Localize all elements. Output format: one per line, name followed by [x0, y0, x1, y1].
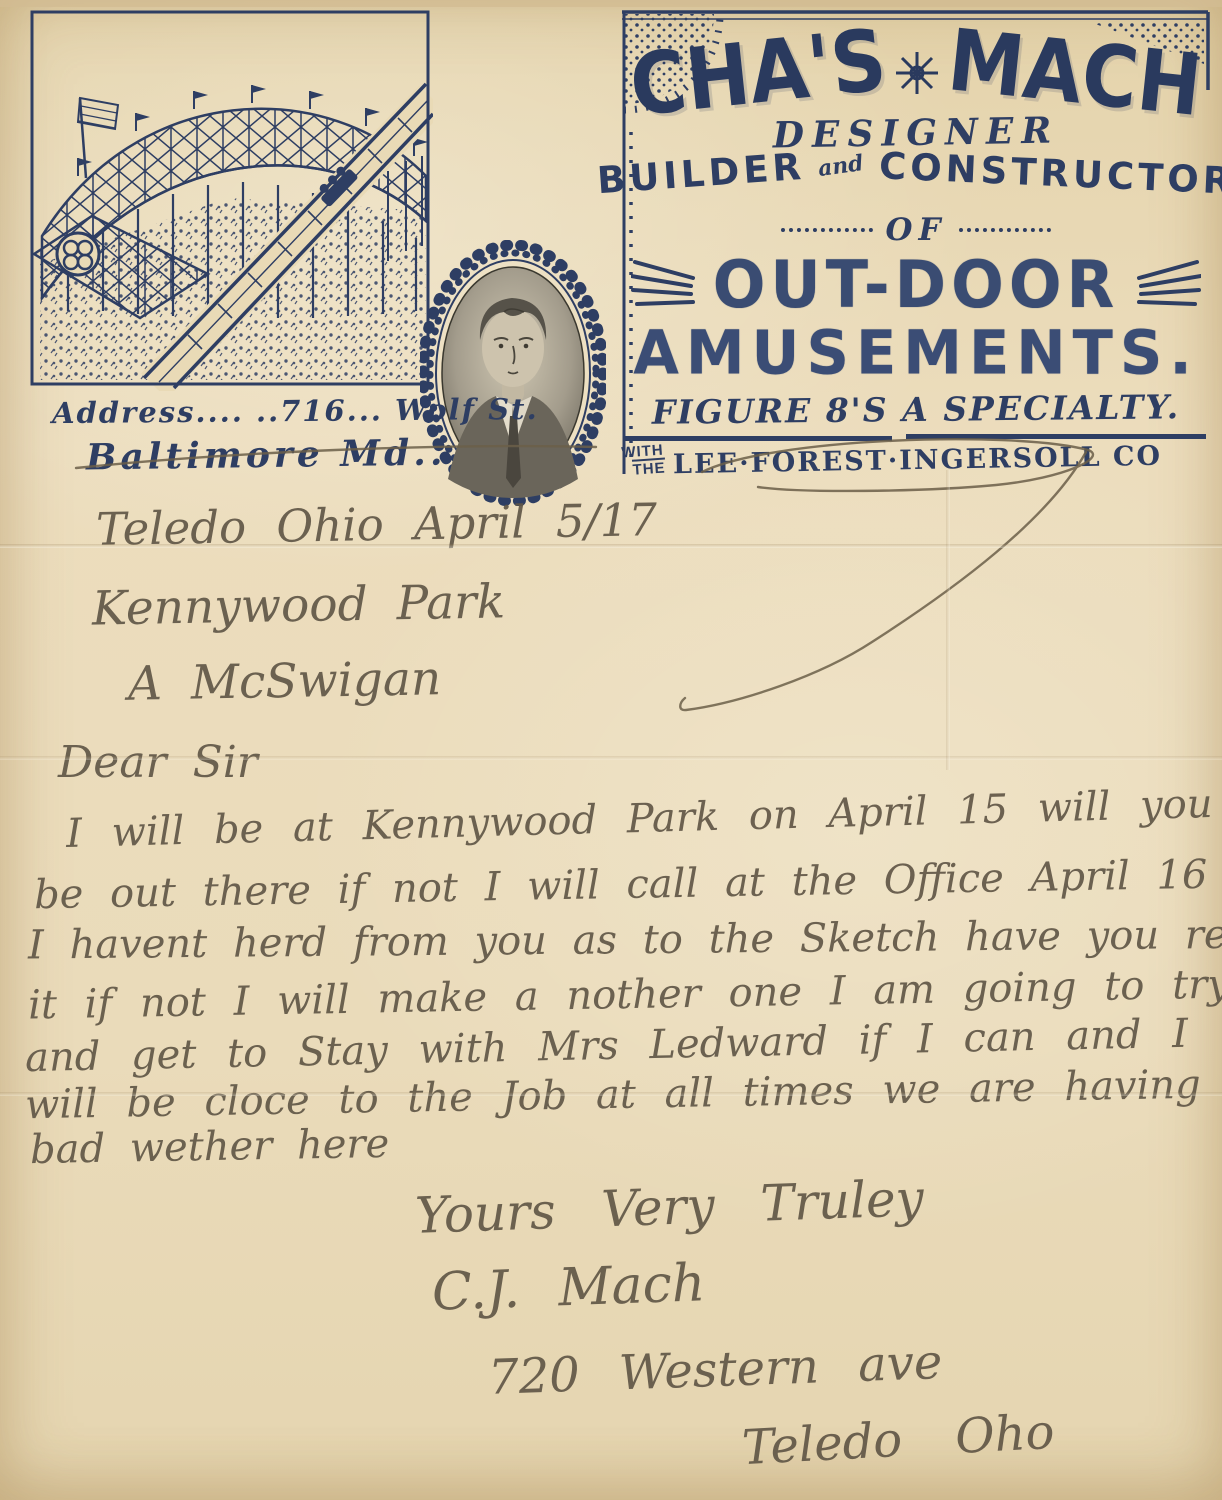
company-name: LEE·FOREST·INGERSOLL CO — [673, 441, 1162, 481]
dotted-flourish-left — [781, 228, 873, 232]
letter-body-line: I will be at Kennywood Park on April 15 … — [66, 781, 1214, 857]
rays-left-icon — [631, 256, 703, 314]
letter-signature: C.J. Mach — [431, 1253, 706, 1322]
constructor-word: CONSTRUCTOR — [878, 144, 1222, 203]
of-line: OF — [620, 212, 1212, 248]
builder-word: BUILDER — [596, 145, 807, 202]
underline-right — [906, 434, 1206, 439]
fold-crease — [0, 544, 1222, 548]
letterhead-city: Baltimore Md.. — [86, 431, 447, 478]
letterhead-right-block: CHA'S MACH DESIGNER BUILDER and CONSTRUC… — [620, 0, 1212, 492]
fold-crease — [0, 1092, 1222, 1096]
the-word: THE — [632, 458, 666, 478]
letter-recipient-name: A McSwigan — [128, 651, 442, 711]
fold-crease — [946, 470, 950, 770]
company-affiliation-line: WITH THE LEE·FOREST·INGERSOLL CO — [622, 444, 1214, 477]
outdoor-word: OUT-DOOR — [713, 246, 1120, 323]
letter-closing: Yours Very Truley — [414, 1169, 925, 1245]
underline-left — [624, 436, 892, 441]
amusements-line: AMUSEMENTS. — [620, 317, 1212, 387]
letter-body-line: I havent herd from you as to the Sketch … — [28, 912, 1222, 969]
letter-salutation: Dear Sir — [58, 737, 258, 788]
dotted-flourish-right — [959, 228, 1051, 232]
letter-recipient-org: Kennywood Park — [92, 574, 506, 636]
roller-coaster-illustration — [28, 6, 433, 391]
and-word: and — [816, 150, 865, 182]
letter-sender-street: 720 Western ave — [487, 1334, 943, 1406]
letterhead-address: Address.... ..716... Wolf St. — [52, 392, 539, 430]
letter-sender-city: Teledo Oho — [741, 1404, 1056, 1476]
of-word: OF — [885, 212, 946, 248]
fold-crease — [0, 756, 1222, 760]
portrait-photo — [420, 240, 606, 506]
star-icon — [894, 50, 940, 96]
scanned-letter-page: Address.... ..716... Wolf St. Baltimore … — [0, 0, 1222, 1500]
outdoor-line: OUT-DOOR — [620, 248, 1212, 321]
company-title: CHA'S MACH — [620, 28, 1212, 117]
letter-body-line: bad wether here — [30, 1121, 390, 1173]
specialty-line: FIGURE 8'S A SPECIALTY. — [620, 387, 1212, 432]
letter-body-line: be out there if not I will call at the O… — [34, 852, 1208, 918]
rays-right-icon — [1129, 256, 1201, 314]
builder-constructor-line: BUILDER and CONSTRUCTOR — [620, 152, 1212, 195]
